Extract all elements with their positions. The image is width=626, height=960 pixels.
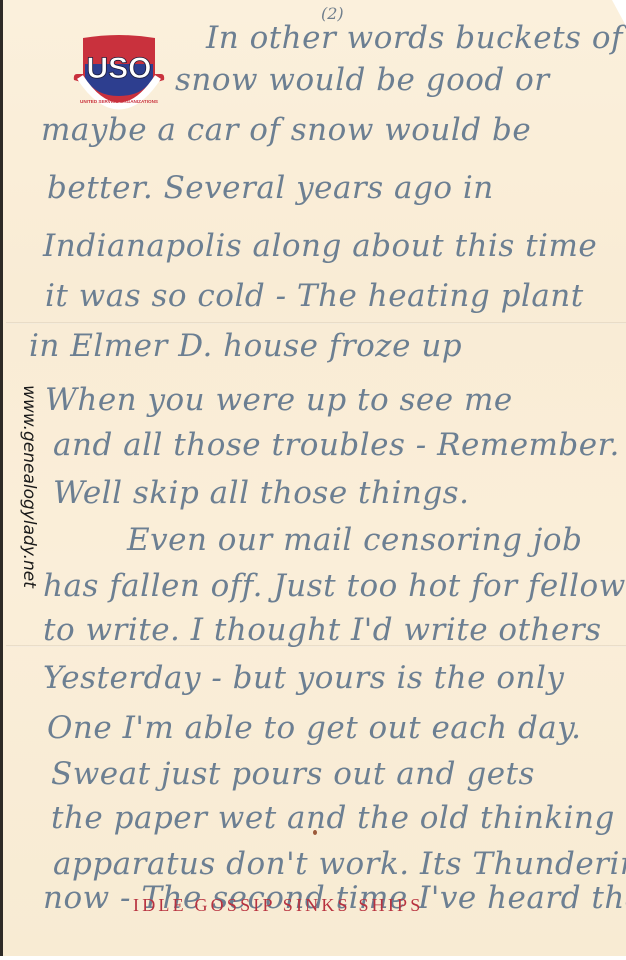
handwritten-line: the paper wet and the old thinking — [51, 800, 615, 836]
handwritten-line: has fallen off. Just too hot for fellows — [43, 568, 626, 604]
handwritten-line: In other words buckets of — [206, 20, 623, 56]
handwritten-line: maybe a car of snow would be — [41, 112, 531, 148]
handwritten-line: snow would be good or — [175, 62, 550, 98]
handwritten-line: Well skip all those things. — [53, 475, 469, 511]
handwritten-line: One I'm able to get out each day. — [47, 710, 582, 746]
handwritten-line: and all those troubles - Remember. — [53, 427, 620, 463]
svg-text:USO: USO — [86, 52, 151, 85]
page-edge — [0, 956, 626, 960]
letter-page: USO UNITED SERVICE ORGANIZATIONS (2) In … — [0, 0, 626, 956]
handwritten-line: Even our mail censoring job — [127, 522, 582, 558]
handwritten-line: apparatus don't work. Its Thundering — [53, 846, 626, 882]
watermark-text: www.genealogylady.net — [13, 385, 39, 585]
uso-shield-logo-icon: USO UNITED SERVICE ORGANIZATIONS — [71, 30, 167, 110]
handwritten-line: it was so cold - The heating plant — [45, 278, 584, 314]
handwritten-line: Indianapolis along about this time — [43, 228, 597, 264]
handwritten-line: in Elmer D. house froze up — [29, 328, 462, 364]
handwritten-line: to write. I thought I'd write others — [43, 612, 602, 648]
handwritten-line: better. Several years ago in — [47, 170, 494, 206]
fold-crease — [6, 322, 626, 324]
handwritten-line: Sweat just pours out and gets — [51, 756, 535, 792]
footer-slogan: IDLE GOSSIP SINKS SHIPS — [133, 895, 423, 916]
torn-corner — [612, 0, 626, 26]
handwritten-line: When you were up to see me — [45, 382, 513, 418]
handwritten-line: Yesterday - but yours is the only — [43, 660, 564, 696]
svg-text:UNITED SERVICE ORGANIZATIONS: UNITED SERVICE ORGANIZATIONS — [80, 99, 158, 104]
ink-spot — [313, 830, 317, 835]
